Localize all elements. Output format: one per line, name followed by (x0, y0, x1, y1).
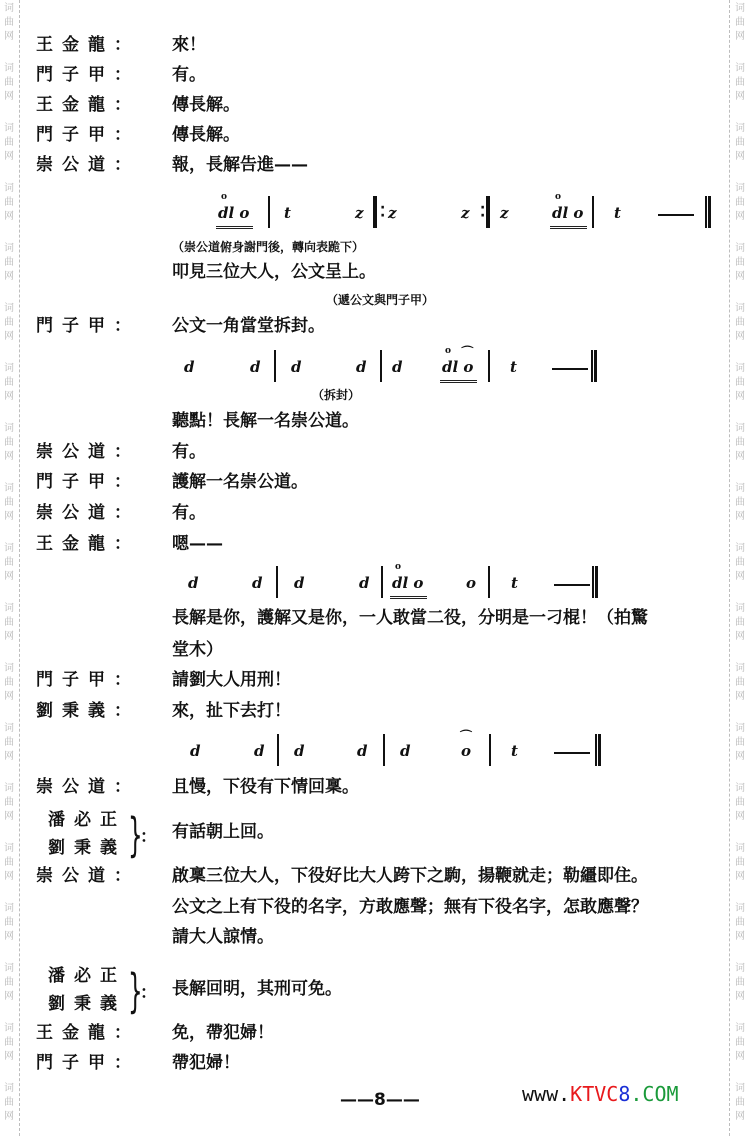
stage-direction: （拆封） (312, 386, 360, 403)
barline (488, 350, 490, 382)
note: ⌒o (461, 742, 471, 760)
speech-text: 報，長解告進—— (172, 150, 720, 180)
percussion-notation-2: d d d d d odl ⌒o t (0, 346, 730, 386)
repeat-dots: ·· (380, 204, 385, 220)
sustain-dash (554, 584, 590, 586)
repeat-dots: ·· (480, 204, 485, 220)
watermark-text: 词曲网 (731, 1082, 749, 1124)
stage-direction: （崇公道俯身謝門後，轉向表跪下） (172, 238, 364, 255)
speech-text: 有。 (172, 437, 720, 467)
barline (380, 350, 382, 382)
dialogue-line: 門子甲： 帶犯婦！ (0, 1048, 750, 1078)
speech-text: 叩見三位大人，公文呈上。 (172, 257, 720, 287)
dialogue-line: 王金龍： 嗯—— (0, 529, 750, 559)
note: d (392, 358, 403, 376)
page-number: ——8—— (340, 1090, 420, 1110)
stage-direction: （遞公文與門子甲） (326, 291, 434, 308)
speaker-name: 門子甲： (36, 665, 146, 695)
note: o (466, 574, 476, 592)
sustain-dash (658, 214, 694, 216)
speech-text: 長解是你，護解又是你，一人敢當二役，分明是一刁棍！（拍驚 (172, 603, 720, 633)
speech-text: 來，扯下去打！ (172, 696, 720, 726)
speaker-name: 崇公道： (36, 150, 146, 180)
speaker-name: 崇公道： (36, 498, 146, 528)
barline (488, 566, 490, 598)
dialogue-line: 長解是你，護解又是你，一人敢當二役，分明是一刁棍！（拍驚 (0, 603, 750, 633)
dialogue-line: 崇公道： 報，長解告進—— (0, 150, 750, 180)
speech-text: 帶犯婦！ (172, 1048, 720, 1078)
watermark-text: 词曲网 (731, 182, 749, 224)
note: d (356, 358, 367, 376)
repeat-end-barline (486, 196, 490, 228)
barline (592, 196, 594, 228)
site-part: .COM (630, 1082, 678, 1106)
dialogue-line: 王金龍： 免，帶犯婦！ (0, 1018, 750, 1048)
dialogue-line: 有話朝上回。 (0, 817, 750, 847)
final-barline (595, 734, 601, 766)
note: d (252, 574, 263, 592)
note: t (511, 574, 518, 592)
dialogue-line: 崇公道： 且慢，下役有下情回稟。 (0, 772, 750, 802)
note: d (294, 742, 305, 760)
speech-text: 免，帶犯婦！ (172, 1018, 720, 1048)
note: d (190, 742, 201, 760)
note: d (400, 742, 411, 760)
dialogue-line: 門子甲： 有。 (0, 60, 750, 90)
speech-text: 來！ (172, 30, 720, 60)
speech-text: 啟稟三位大人，下役好比大人跨下之駒，揚鞭就走；勒繮即住。 (172, 861, 720, 891)
speech-text: 請劉大人用刑！ (172, 665, 720, 695)
speaker-name: 崇公道： (36, 861, 146, 891)
barline (489, 734, 491, 766)
speaker-name: 王金龍： (36, 30, 146, 60)
dialogue-line: 門子甲： 護解一名崇公道。 (0, 467, 750, 497)
speaker-name: 門子甲： (36, 120, 146, 150)
speech-text: 有話朝上回。 (172, 817, 720, 847)
note: z (461, 204, 470, 222)
barline (277, 734, 279, 766)
site-part: www. (522, 1082, 570, 1106)
speaker-name: 門子甲： (36, 311, 146, 341)
speaker-name: 門子甲： (36, 1048, 146, 1078)
note: z (500, 204, 509, 222)
final-barline (705, 196, 711, 228)
watermark-text: 词曲网 (0, 1082, 18, 1124)
final-barline (592, 566, 598, 598)
sustain-dash (554, 752, 590, 754)
dialogue-line: 王金龍： 傳長解。 (0, 90, 750, 120)
dialogue-line: 請大人諒情。 (0, 922, 750, 952)
note: z (388, 204, 397, 222)
watermark-text: 词曲网 (731, 722, 749, 764)
dialogue-line: 崇公道： 有。 (0, 498, 750, 528)
speaker-name: 門子甲： (36, 60, 146, 90)
speaker-name: 崇公道： (36, 772, 146, 802)
speech-text: 有。 (172, 60, 720, 90)
speech-text: 護解一名崇公道。 (172, 467, 720, 497)
speech-text: 堂木） (172, 635, 720, 665)
speaker-name: 王金龍： (36, 529, 146, 559)
speaker-name: 王金龍： (36, 1018, 146, 1048)
percussion-notation-3: d d d d odl o o t (0, 562, 730, 602)
note: t (284, 204, 291, 222)
speaker-name: 崇公道： (36, 437, 146, 467)
percussion-notation-4: d d d d d ⌒o t (0, 730, 730, 770)
barline (276, 566, 278, 598)
speech-text: 傳長解。 (172, 120, 720, 150)
dialogue-line: 門子甲： 請劉大人用刑！ (0, 665, 750, 695)
speaker-name: 門子甲： (36, 467, 146, 497)
note: d (291, 358, 302, 376)
note: odl o (218, 204, 249, 222)
speech-text: 公文之上有下役的名字，方敢應聲；無有下役名字，怎敢應聲？ (172, 892, 720, 922)
dialogue-line: 王金龍： 來！ (0, 30, 750, 60)
dialogue-line: 堂木） (0, 635, 750, 665)
final-barline (591, 350, 597, 382)
dialogue-line: 崇公道： 啟稟三位大人，下役好比大人跨下之駒，揚鞭就走；勒繮即住。 (0, 861, 750, 891)
speech-text: 嗯—— (172, 529, 720, 559)
note: t (510, 358, 517, 376)
dialogue-line: 劉秉義： 來，扯下去打！ (0, 696, 750, 726)
percussion-notation-1: odl o t z ·· z z ·· z odl o t (0, 192, 730, 232)
site-watermark: www.KTVC8.COM (522, 1082, 679, 1106)
speaker-name: 王金龍： (36, 90, 146, 120)
speech-text: 傳長解。 (172, 90, 720, 120)
speech-text: 請大人諒情。 (172, 922, 720, 952)
site-part: 8 (618, 1082, 630, 1106)
note: d (184, 358, 195, 376)
speech-text: 公文一角當堂拆封。 (172, 311, 720, 341)
speech-text: 且慢，下役有下情回稟。 (172, 772, 720, 802)
repeat-start-barline (373, 196, 377, 228)
note: t (614, 204, 621, 222)
dialogue-line: 崇公道： 有。 (0, 437, 750, 467)
dialogue-line: 聽點！長解一名崇公道。 (0, 406, 750, 436)
dialogue-line: 長解回明，其刑可免。 (0, 974, 750, 1004)
site-part: KTVC (570, 1082, 618, 1106)
note: odl o (552, 204, 583, 222)
note: odl o (392, 574, 423, 592)
note: d (188, 574, 199, 592)
dialogue-line: 門子甲： 公文一角當堂拆封。 (0, 311, 750, 341)
note: d (357, 742, 368, 760)
barline (383, 734, 385, 766)
sustain-dash (552, 368, 588, 370)
barline (274, 350, 276, 382)
dialogue-line: 叩見三位大人，公文呈上。 (0, 257, 750, 287)
dialogue-line: 公文之上有下役的名字，方敢應聲；無有下役名字，怎敢應聲？ (0, 892, 750, 922)
speech-text: 長解回明，其刑可免。 (172, 974, 720, 1004)
note: d (294, 574, 305, 592)
note: odl ⌒o (442, 358, 473, 376)
speaker-name: 劉秉義： (36, 696, 146, 726)
dialogue-line: 門子甲： 傳長解。 (0, 120, 750, 150)
barline (381, 566, 383, 598)
note: d (254, 742, 265, 760)
speech-text: 聽點！長解一名崇公道。 (172, 406, 720, 436)
note: z (355, 204, 364, 222)
watermark-text: 词曲网 (731, 362, 749, 404)
note: t (511, 742, 518, 760)
speech-text: 有。 (172, 498, 720, 528)
note: d (359, 574, 370, 592)
note: d (250, 358, 261, 376)
barline (268, 196, 270, 228)
